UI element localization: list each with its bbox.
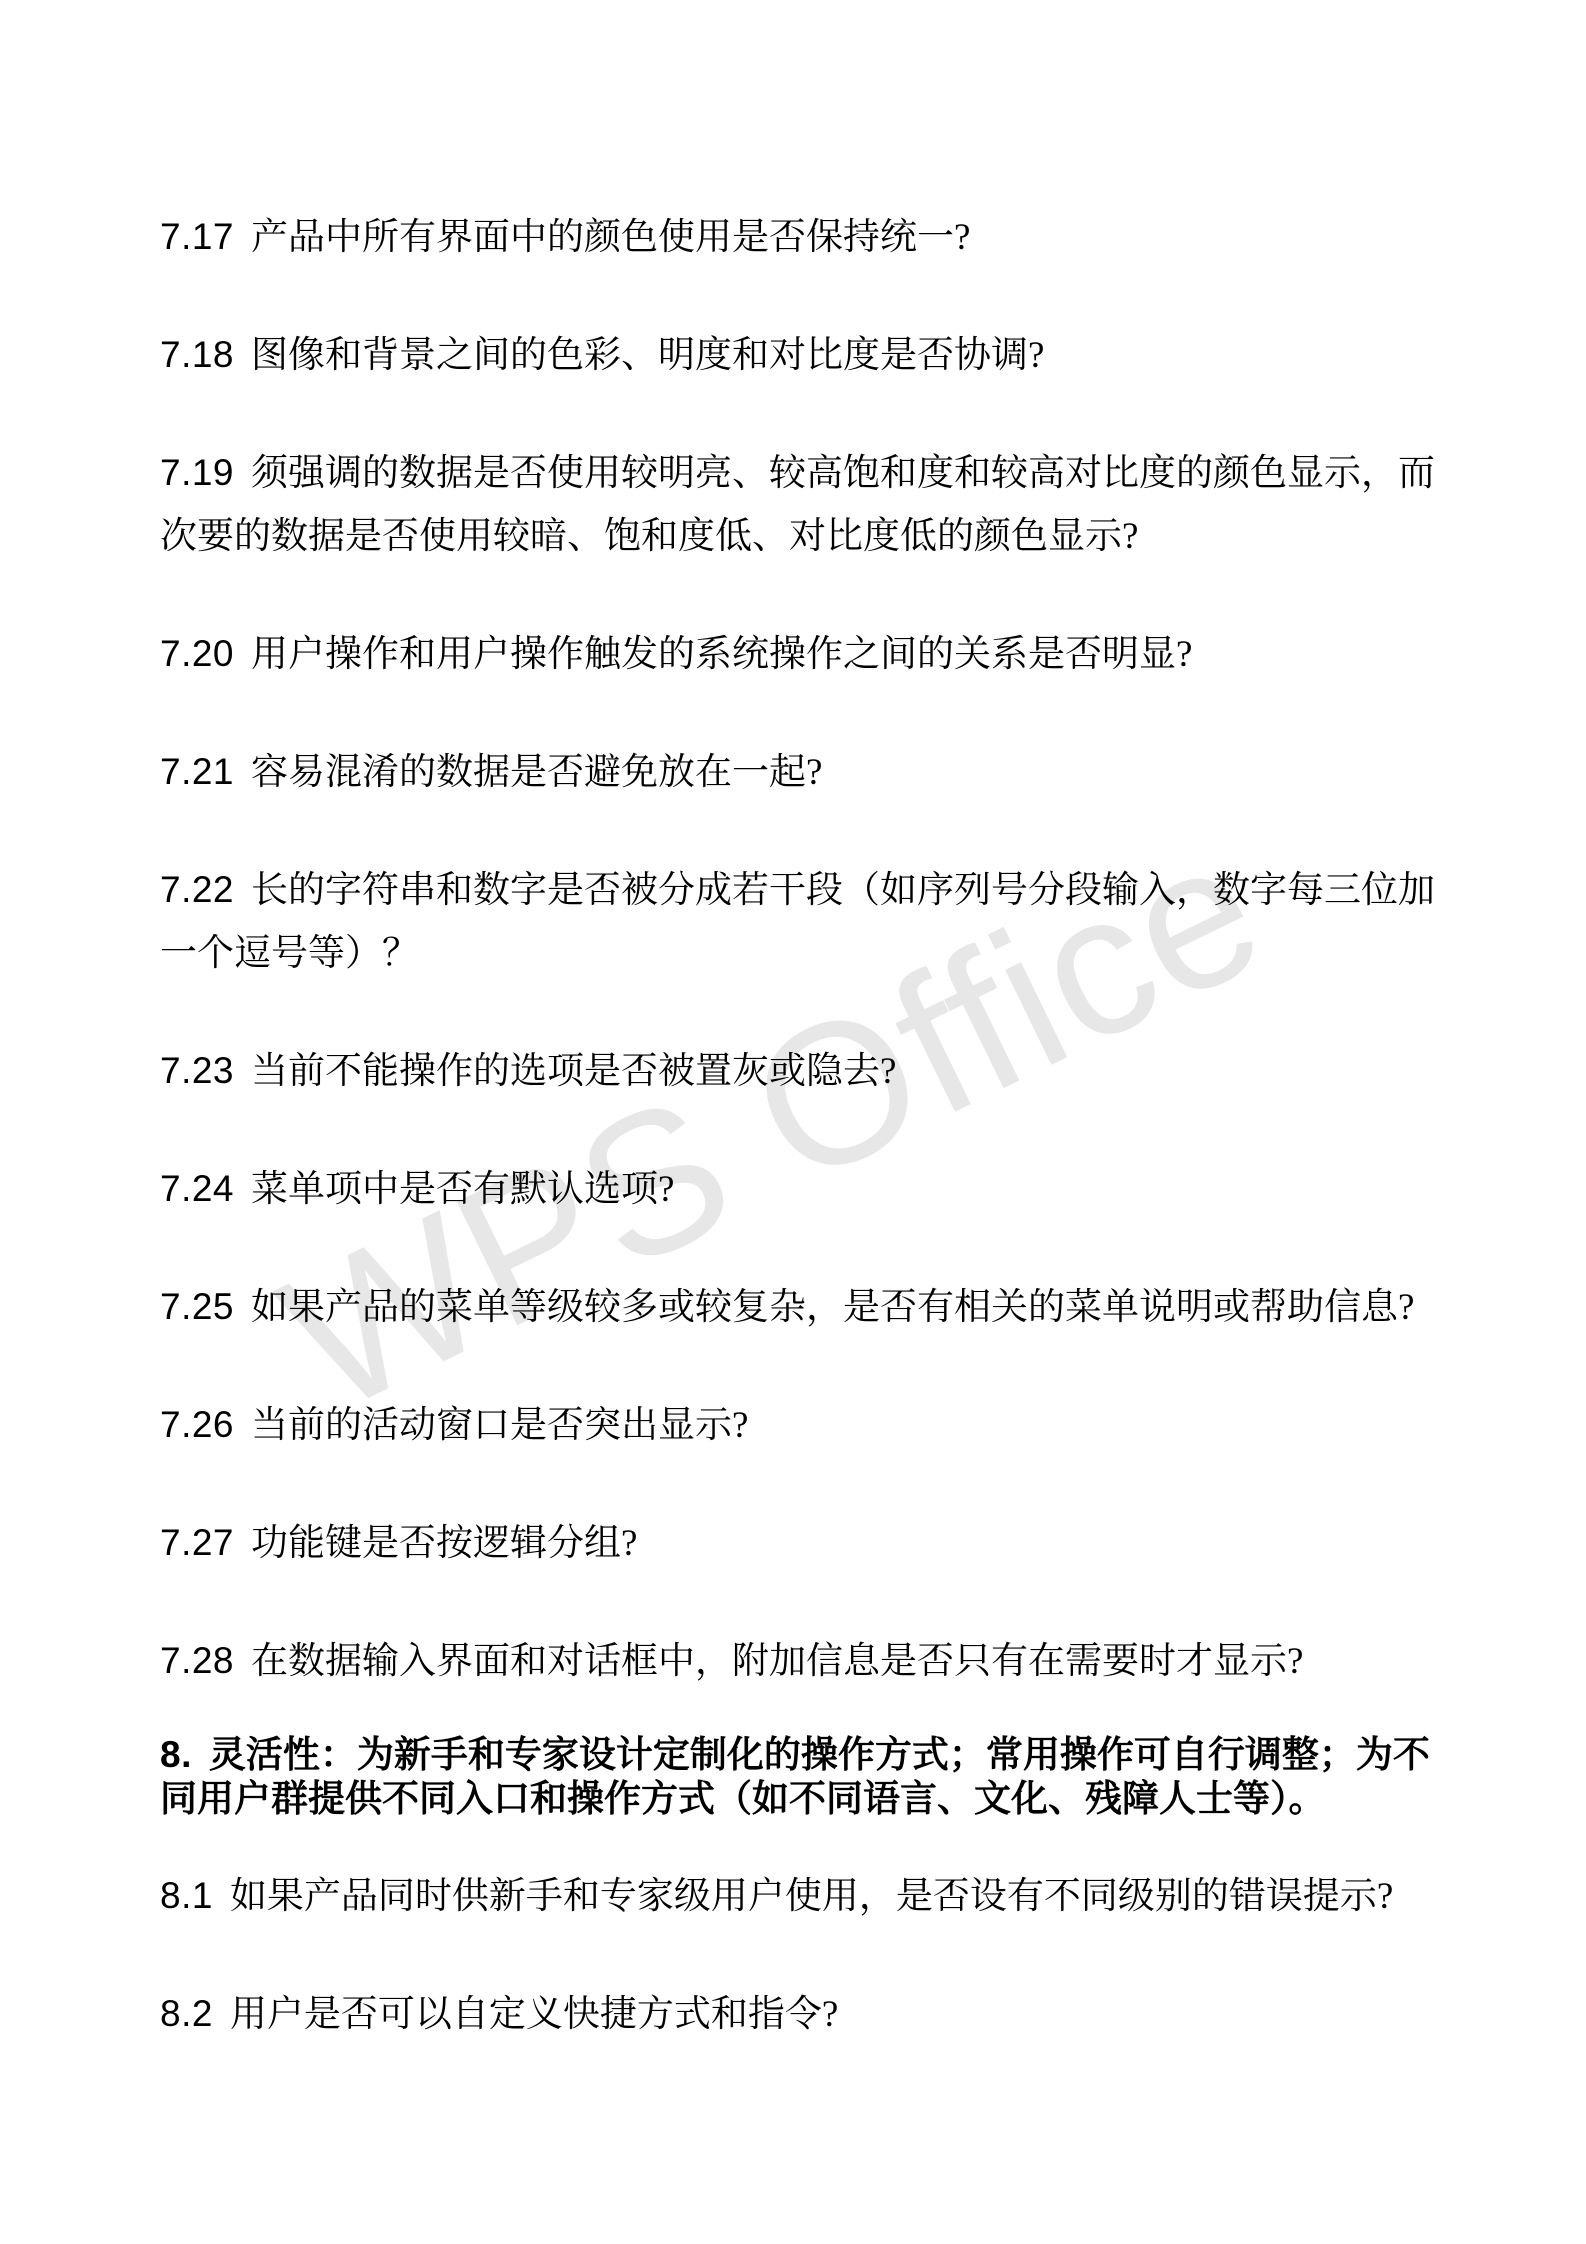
text-line: 7.28在数据输入界面和对话框中，附加信息是否只有在需要时才显示?	[160, 1629, 1440, 1693]
checklist-item: 7.19须强调的数据是否使用较明亮、较高饱和度和较高对比度的颜色显示，而次要的数…	[160, 441, 1440, 568]
checklist-item: 8.2用户是否可以自定义快捷方式和指令?	[160, 1982, 1440, 2046]
item-text: 当前的活动窗口是否突出显示?	[251, 1405, 748, 1446]
item-number: 8.1	[160, 1864, 213, 1927]
item-number: 7.17	[160, 205, 234, 268]
checklist-item: 7.26当前的活动窗口是否突出显示?	[160, 1393, 1440, 1457]
item-text: 须强调的数据是否使用较明亮、较高饱和度和较高对比度的颜色显示，而	[251, 453, 1435, 494]
item-text: 用户是否可以自定义快捷方式和指令?	[230, 1994, 838, 2035]
item-number: 7.20	[160, 622, 234, 685]
item-text: 次要的数据是否使用较暗、饱和度低、对比度低的颜色显示?	[160, 516, 1138, 557]
item-number: 7.25	[160, 1275, 234, 1338]
item-text: 容易混淆的数据是否避免放在一起?	[251, 752, 822, 793]
section-heading: 8.灵活性：为新手和专家设计定制化的操作方式；常用操作可自行调整；为不同用户群提…	[160, 1733, 1440, 1822]
item-text: 同用户群提供不同入口和操作方式（如不同语言、文化、残障人士等）。	[160, 1779, 1326, 1820]
item-text: 灵活性：为新手和专家设计定制化的操作方式；常用操作可自行调整；为不	[209, 1735, 1430, 1776]
text-line: 8.灵活性：为新手和专家设计定制化的操作方式；常用操作可自行调整；为不	[160, 1733, 1440, 1778]
text-line: 8.1如果产品同时供新手和专家级用户使用，是否设有不同级别的错误提示?	[160, 1864, 1440, 1928]
text-line: 7.24菜单项中是否有默认选项?	[160, 1157, 1440, 1221]
text-line: 7.25如果产品的菜单等级较多或较复杂，是否有相关的菜单说明或帮助信息?	[160, 1275, 1440, 1339]
text-line: 一个逗号等）？	[160, 922, 1440, 985]
item-number: 7.19	[160, 441, 234, 504]
text-line: 次要的数据是否使用较暗、饱和度低、对比度低的颜色显示?	[160, 505, 1440, 568]
item-text: 当前不能操作的选项是否被置灰或隐去?	[251, 1051, 896, 1092]
item-number: 7.18	[160, 323, 234, 386]
text-line: 8.2用户是否可以自定义快捷方式和指令?	[160, 1982, 1440, 2046]
item-number: 7.24	[160, 1157, 234, 1220]
text-line: 同用户群提供不同入口和操作方式（如不同语言、文化、残障人士等）。	[160, 1778, 1440, 1822]
text-line: 7.17产品中所有界面中的颜色使用是否保持统一?	[160, 205, 1440, 269]
document-content: 7.17产品中所有界面中的颜色使用是否保持统一?7.18图像和背景之间的色彩、明…	[160, 205, 1440, 2100]
checklist-item: 7.27功能键是否按逻辑分组?	[160, 1511, 1440, 1575]
item-number: 8.	[160, 1733, 192, 1777]
checklist-item: 7.24菜单项中是否有默认选项?	[160, 1157, 1440, 1221]
item-text: 菜单项中是否有默认选项?	[251, 1169, 674, 1210]
checklist-item: 7.23当前不能操作的选项是否被置灰或隐去?	[160, 1039, 1440, 1103]
item-text: 如果产品同时供新手和专家级用户使用，是否设有不同级别的错误提示?	[230, 1876, 1393, 1917]
checklist-item: 7.25如果产品的菜单等级较多或较复杂，是否有相关的菜单说明或帮助信息?	[160, 1275, 1440, 1339]
item-number: 8.2	[160, 1982, 213, 2045]
item-number: 7.21	[160, 740, 234, 803]
text-line: 7.18图像和背景之间的色彩、明度和对比度是否协调?	[160, 323, 1440, 387]
text-line: 7.23当前不能操作的选项是否被置灰或隐去?	[160, 1039, 1440, 1103]
text-line: 7.21容易混淆的数据是否避免放在一起?	[160, 740, 1440, 804]
item-text: 在数据输入界面和对话框中，附加信息是否只有在需要时才显示?	[251, 1641, 1303, 1682]
checklist-item: 7.17产品中所有界面中的颜色使用是否保持统一?	[160, 205, 1440, 269]
item-number: 7.23	[160, 1039, 234, 1102]
item-text: 一个逗号等）？	[160, 933, 419, 974]
item-text: 用户操作和用户操作触发的系统操作之间的关系是否明显?	[251, 634, 1192, 675]
item-number: 7.22	[160, 858, 234, 921]
item-number: 7.26	[160, 1393, 234, 1456]
item-text: 产品中所有界面中的颜色使用是否保持统一?	[251, 217, 970, 258]
item-text: 图像和背景之间的色彩、明度和对比度是否协调?	[251, 335, 1044, 376]
document-page: WPS Office 7.17产品中所有界面中的颜色使用是否保持统一?7.18图…	[0, 0, 1586, 2244]
item-text: 长的字符串和数字是否被分成若干段（如序列号分段输入，数字每三位加	[251, 870, 1435, 911]
checklist-item: 7.28在数据输入界面和对话框中，附加信息是否只有在需要时才显示?	[160, 1629, 1440, 1693]
item-text: 功能键是否按逻辑分组?	[251, 1523, 637, 1564]
checklist-item: 8.1如果产品同时供新手和专家级用户使用，是否设有不同级别的错误提示?	[160, 1864, 1440, 1928]
checklist-item: 7.20用户操作和用户操作触发的系统操作之间的关系是否明显?	[160, 622, 1440, 686]
text-line: 7.20用户操作和用户操作触发的系统操作之间的关系是否明显?	[160, 622, 1440, 686]
item-number: 7.27	[160, 1511, 234, 1574]
checklist-item: 7.21容易混淆的数据是否避免放在一起?	[160, 740, 1440, 804]
text-line: 7.27功能键是否按逻辑分组?	[160, 1511, 1440, 1575]
text-line: 7.19须强调的数据是否使用较明亮、较高饱和度和较高对比度的颜色显示，而	[160, 441, 1440, 505]
item-number: 7.28	[160, 1629, 234, 1692]
item-text: 如果产品的菜单等级较多或较复杂，是否有相关的菜单说明或帮助信息?	[251, 1287, 1414, 1328]
checklist-item: 7.18图像和背景之间的色彩、明度和对比度是否协调?	[160, 323, 1440, 387]
text-line: 7.22长的字符串和数字是否被分成若干段（如序列号分段输入，数字每三位加	[160, 858, 1440, 922]
checklist-item: 7.22长的字符串和数字是否被分成若干段（如序列号分段输入，数字每三位加一个逗号…	[160, 858, 1440, 985]
text-line: 7.26当前的活动窗口是否突出显示?	[160, 1393, 1440, 1457]
